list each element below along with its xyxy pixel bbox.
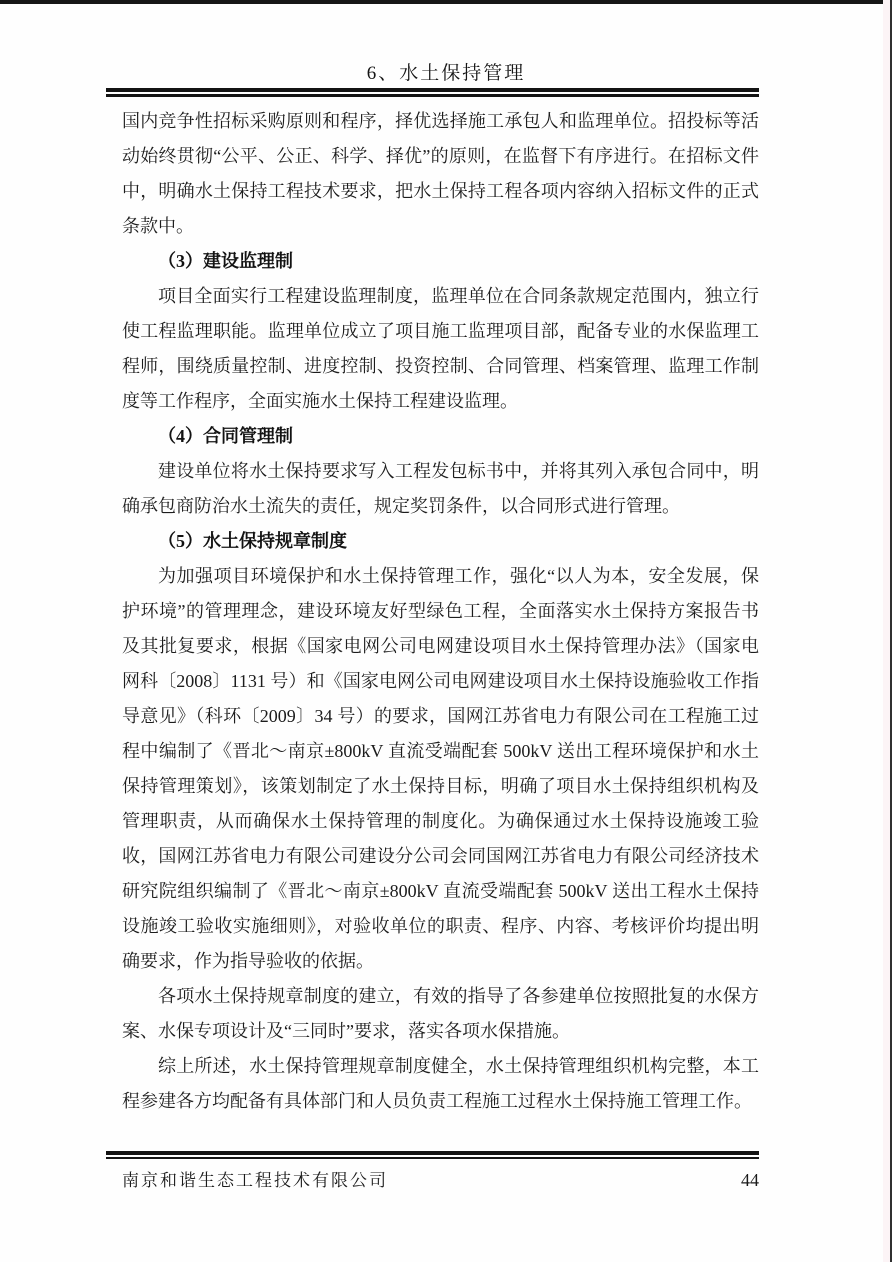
paragraph-regulation-effect: 各项水土保持规章制度的建立，有效的指导了各参建单位按照批复的水保方案、水保专项设… [122, 979, 759, 1049]
section-heading-contract-management: （4）合同管理制 [122, 419, 759, 454]
document-page: 6、水土保持管理 国内竞争性招标采购原则和程序，择优选择施工承包人和监理单位。招… [0, 0, 892, 1262]
paragraph-construction-supervision: 项目全面实行工程建设监理制度，监理单位在合同条款规定范围内，独立行使工程监理职能… [122, 279, 759, 419]
scan-edge-top [0, 0, 892, 4]
footer-company-name: 南京和谐生态工程技术有限公司 [122, 1166, 388, 1191]
section-heading-soil-water-regulations: （5）水土保持规章制度 [122, 524, 759, 559]
document-body: 国内竞争性招标采购原则和程序，择优选择施工承包人和监理单位。招投标等活动始终贯彻… [122, 104, 759, 1119]
paragraph-soil-water-regulations: 为加强项目环境保护和水土保持管理工作，强化“以人为本，安全发展，保护环境”的管理… [122, 559, 759, 979]
paragraph-bidding-continuation: 国内竞争性招标采购原则和程序，择优选择施工承包人和监理单位。招投标等活动始终贯彻… [122, 104, 759, 244]
footer-page-number: 44 [741, 1170, 759, 1191]
scan-edge-right-tint [883, 0, 890, 1262]
paragraph-contract-management: 建设单位将水土保持要求写入工程发包标书中，并将其列入承包合同中，明确承包商防治水… [122, 454, 759, 524]
page-header-title: 6、水土保持管理 [0, 58, 892, 85]
header-rule [106, 88, 759, 97]
footer-rule [106, 1151, 759, 1159]
page-footer: 南京和谐生态工程技术有限公司 44 [122, 1166, 759, 1191]
section-heading-construction-supervision: （3）建设监理制 [122, 244, 759, 279]
paragraph-summary: 综上所述，水土保持管理规章制度健全，水土保持管理组织机构完整，本工程参建各方均配… [122, 1049, 759, 1119]
